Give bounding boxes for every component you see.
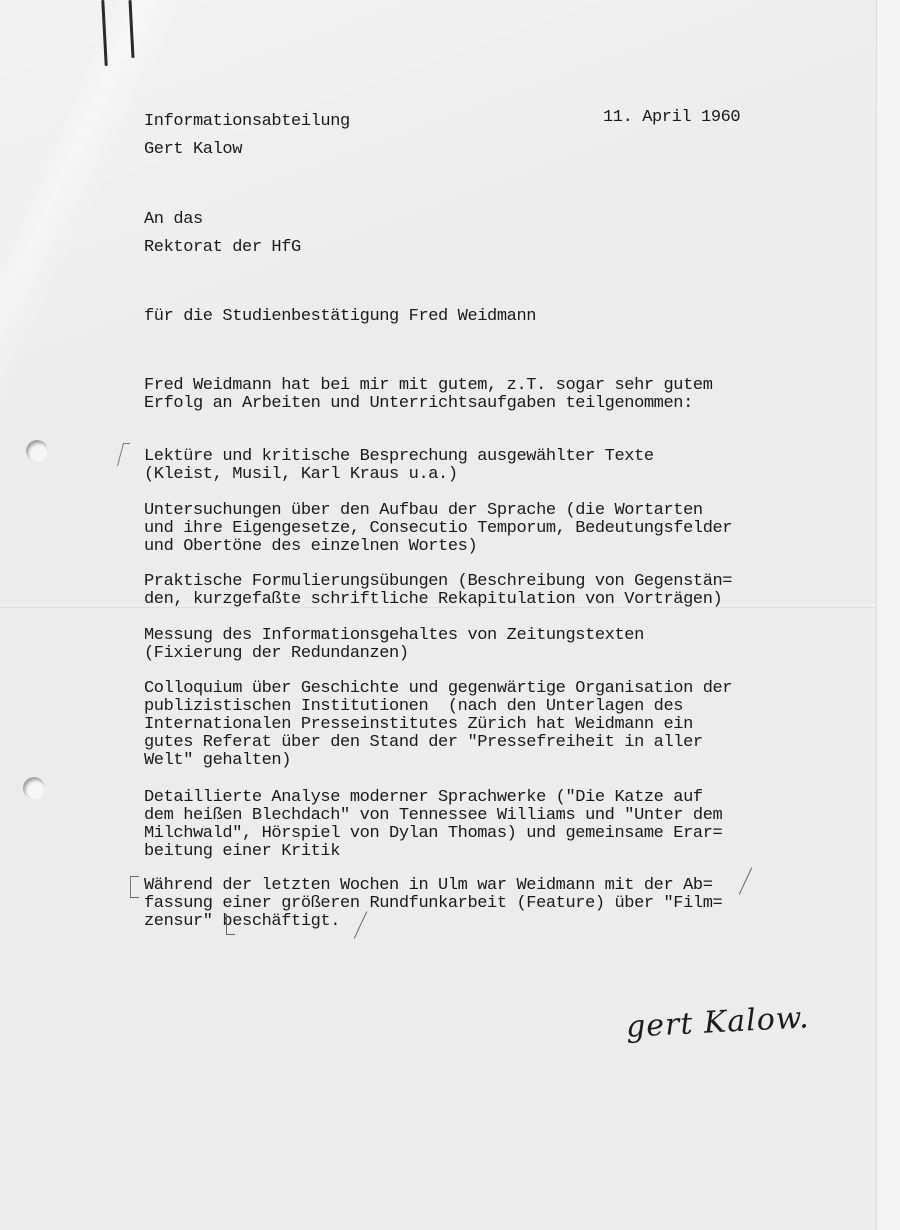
item-line: und Obertöne des einzelnen Wortes) bbox=[144, 538, 477, 556]
item-line: zensur" beschäftigt. bbox=[144, 913, 340, 931]
sender-department: Informationsabteilung bbox=[144, 113, 350, 131]
item-line: und ihre Eigengesetze, Consecutio Tempor… bbox=[144, 520, 732, 538]
page-edge bbox=[876, 0, 900, 1230]
item-line: fassung einer größeren Rundfunkarbeit (F… bbox=[144, 895, 722, 913]
item-line: beitung einer Kritik bbox=[144, 843, 340, 861]
item-line: Untersuchungen über den Aufbau der Sprac… bbox=[144, 502, 703, 520]
item-line: Welt" gehalten) bbox=[144, 752, 291, 770]
item-line: Detaillierte Analyse moderner Sprachwerk… bbox=[144, 789, 703, 807]
recipient-line-2: Rektorat der HfG bbox=[144, 239, 301, 257]
pencil-bracket-mark bbox=[226, 914, 235, 935]
letter-page bbox=[0, 0, 876, 1230]
item-line: (Fixierung der Redundanzen) bbox=[144, 645, 409, 663]
item-line: Milchwald", Hörspiel von Dylan Thomas) u… bbox=[144, 825, 722, 843]
item-line: Messung des Informationsgehaltes von Zei… bbox=[144, 627, 644, 645]
sender-name: Gert Kalow bbox=[144, 141, 242, 159]
item-line: dem heißen Blechdach" von Tennessee Will… bbox=[144, 807, 722, 825]
intro-line: Erfolg an Arbeiten und Unterrichtsaufgab… bbox=[144, 395, 693, 413]
pencil-bracket-mark bbox=[130, 876, 139, 898]
item-line: (Kleist, Musil, Karl Kraus u.a.) bbox=[144, 466, 458, 484]
item-line: Lektüre und kritische Besprechung ausgew… bbox=[144, 448, 654, 466]
punch-hole-icon bbox=[26, 440, 48, 462]
item-line: Während der letzten Wochen in Ulm war We… bbox=[144, 877, 713, 895]
item-line: gutes Referat über den Stand der "Presse… bbox=[144, 734, 703, 752]
recipient-line-1: An das bbox=[144, 211, 203, 229]
subject-line: für die Studienbestätigung Fred Weidmann bbox=[144, 308, 536, 326]
item-line: publizistischen Institutionen (nach den … bbox=[144, 698, 683, 716]
item-line: Internationalen Presseinstitutes Zürich … bbox=[144, 716, 693, 734]
item-line: den, kurzgefaßte schriftliche Rekapitula… bbox=[144, 591, 722, 609]
item-line: Colloquium über Geschichte und gegenwärt… bbox=[144, 680, 732, 698]
item-line: Praktische Formulierungsübungen (Beschre… bbox=[144, 573, 732, 591]
intro-line: Fred Weidmann hat bei mir mit gutem, z.T… bbox=[144, 377, 713, 395]
letter-date: 11. April 1960 bbox=[603, 109, 740, 127]
punch-hole-icon bbox=[23, 777, 45, 799]
